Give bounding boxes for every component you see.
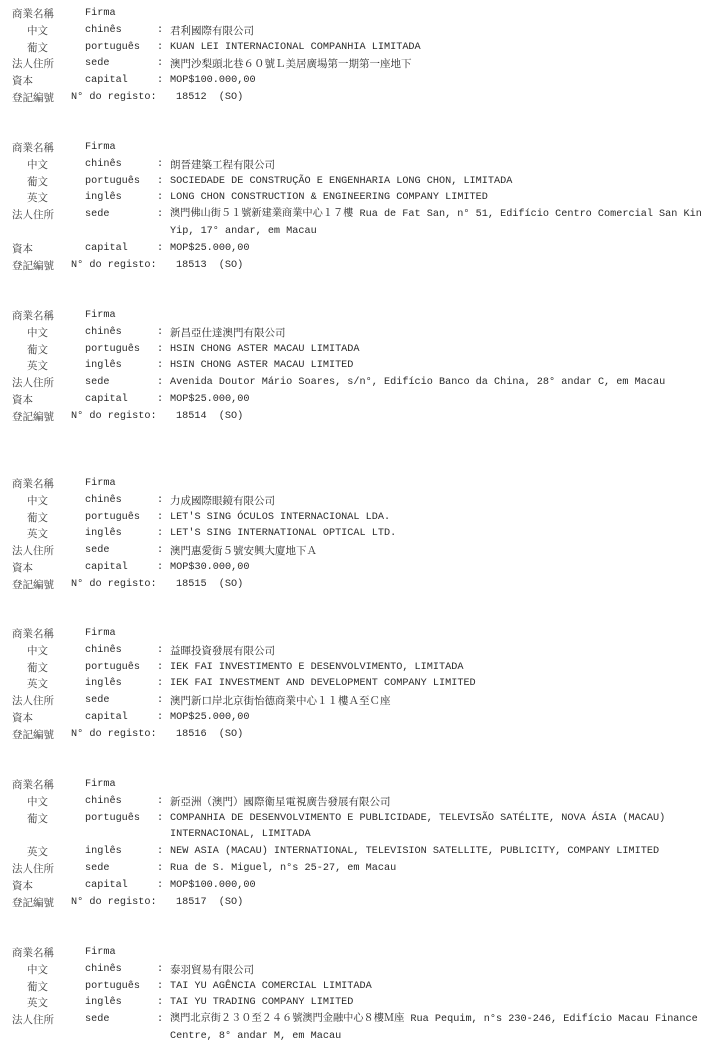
registo-label-pt: N° do registo: <box>71 577 157 594</box>
colon: : <box>157 676 163 693</box>
colon: : <box>157 40 163 57</box>
firma-row: 商業名稱 Firma <box>0 945 728 962</box>
sede-label-pt: sede <box>85 56 109 73</box>
company-name-chinese: 新亞洲（澳門）國際衛星電視廣告發展有限公司 <box>170 796 391 808</box>
firma-label-pt: Firma <box>85 777 116 794</box>
colon: : <box>157 174 163 191</box>
sede-row: 法人住所 sede : 澳門新口岸北京街怡德商業中心１１樓Ａ至Ｃ座 <box>0 693 728 710</box>
registo-label-zh: 登記編號 <box>12 258 54 275</box>
ingles-label-pt: inglês <box>85 995 122 1012</box>
colon: : <box>157 392 163 409</box>
capital-row: 資本 capital : MOP$100.000,00 <box>0 73 728 90</box>
colon: : <box>157 543 163 560</box>
portugues-row: 葡文 português : TAI YU AGÊNCIA COMERCIAL … <box>0 979 728 996</box>
firma-row: 商業名稱 Firma <box>0 6 728 23</box>
colon: : <box>157 190 163 207</box>
company-name-chinese: 君利國際有限公司 <box>170 25 254 37</box>
portugues-label-pt: português <box>85 40 140 57</box>
colon: : <box>157 962 163 979</box>
company-address: Rua de S. Miguel, n°s 25-27, em Macau <box>170 861 722 878</box>
chines-row: 中文 chinês : 新亞洲（澳門）國際衛星電視廣告發展有限公司 <box>0 794 728 811</box>
registo-row: 登記編號 N° do registo: 18513 (SO) <box>0 258 728 275</box>
company-name-chinese: 益暉投資發展有限公司 <box>170 645 275 657</box>
portugues-label-pt: português <box>85 660 140 677</box>
capital-label-zh: 資本 <box>12 73 33 90</box>
registration-number: 18515 (SO) <box>176 577 243 594</box>
registo-label-zh: 登記編號 <box>12 727 54 744</box>
chines-label-pt: chinês <box>85 325 122 342</box>
company-capital: MOP$25.000,00 <box>170 241 722 258</box>
colon: : <box>157 1012 163 1029</box>
colon: : <box>157 861 163 878</box>
portugues-label-pt: português <box>85 510 140 527</box>
sede-label-pt: sede <box>85 693 109 710</box>
colon: : <box>157 811 163 828</box>
portugues-row: 葡文 português : SOCIEDADE DE CONSTRUÇÃO E… <box>0 174 728 191</box>
capital-label-zh: 資本 <box>12 878 33 895</box>
chines-label-zh: 中文 <box>27 794 48 811</box>
company-address: 澳門新口岸北京街怡德商業中心１１樓Ａ至Ｃ座 <box>170 695 391 707</box>
capital-label-pt: capital <box>85 73 128 90</box>
company-name-portuguese: LET'S SING ÓCULOS INTERNACIONAL LDA. <box>170 510 722 527</box>
colon: : <box>157 560 163 577</box>
registo-row: 登記編號 N° do registo: 18512 (SO) <box>0 90 728 107</box>
chines-label-zh: 中文 <box>27 157 48 174</box>
registry-page: 商業名稱 Firma 中文 chinês : 君利國際有限公司 葡文 portu… <box>0 0 728 1052</box>
portugues-row: 葡文 português : HSIN CHONG ASTER MACAU LI… <box>0 342 728 359</box>
ingles-label-zh: 英文 <box>27 190 48 207</box>
registration-number: 18513 (SO) <box>176 258 243 275</box>
chines-label-zh: 中文 <box>27 643 48 660</box>
company-capital: MOP$25.000,00 <box>170 392 722 409</box>
company-address: 澳門沙梨頭北巷６０號Ｌ美居廣場第一期第一座地下 <box>170 58 412 70</box>
company-capital: MOP$30.000,00 <box>170 560 722 577</box>
portugues-row: 葡文 português : KUAN LEI INTERNACIONAL CO… <box>0 40 728 57</box>
registo-row: 登記編號 N° do registo: 18516 (SO) <box>0 727 728 744</box>
company-name-portuguese: COMPANHIA DE DESENVOLVIMENTO E PUBLICIDA… <box>170 811 722 845</box>
ingles-label-pt: inglês <box>85 526 122 543</box>
sede-label-pt: sede <box>85 207 109 224</box>
chines-label-pt: chinês <box>85 493 122 510</box>
sede-label-zh: 法人住所 <box>12 543 54 560</box>
company-name-chinese: 朗晉建築工程有限公司 <box>170 159 275 171</box>
ingles-label-pt: inglês <box>85 844 122 861</box>
capital-label-pt: capital <box>85 560 128 577</box>
firma-row: 商業名稱 Firma <box>0 626 728 643</box>
ingles-label-pt: inglês <box>85 358 122 375</box>
colon: : <box>157 693 163 710</box>
company-address: Avenida Doutor Mário Soares, s/n°, Edifí… <box>170 375 722 392</box>
colon: : <box>157 342 163 359</box>
firma-label-zh: 商業名稱 <box>12 308 54 325</box>
chines-label-zh: 中文 <box>27 325 48 342</box>
chines-row: 中文 chinês : 力成國際眼鏡有限公司 <box>0 493 728 510</box>
colon: : <box>157 73 163 90</box>
company-name-portuguese: HSIN CHONG ASTER MACAU LIMITADA <box>170 342 722 359</box>
portugues-label-zh: 葡文 <box>27 342 48 359</box>
registo-label-pt: N° do registo: <box>71 727 157 744</box>
colon: : <box>157 794 163 811</box>
company-entry-18514: 商業名稱 Firma 中文 chinês : 新昌亞仕達澳門有限公司 葡文 po… <box>0 308 728 426</box>
portugues-label-zh: 葡文 <box>27 40 48 57</box>
chines-row: 中文 chinês : 君利國際有限公司 <box>0 23 728 40</box>
colon: : <box>157 375 163 392</box>
capital-label-pt: capital <box>85 878 128 895</box>
ingles-row: 英文 inglês : LONG CHON CONSTRUCTION & ENG… <box>0 190 728 207</box>
capital-row: 資本 capital : MOP$100.000,00 <box>0 878 728 895</box>
sede-row: 法人住所 sede : 澳門惠愛街５號安興大廈地下Ａ <box>0 543 728 560</box>
ingles-label-zh: 英文 <box>27 995 48 1012</box>
company-entry-18516: 商業名稱 Firma 中文 chinês : 益暉投資發展有限公司 葡文 por… <box>0 626 728 744</box>
firma-row: 商業名稱 Firma <box>0 308 728 325</box>
chines-label-zh: 中文 <box>27 493 48 510</box>
colon: : <box>157 325 163 342</box>
company-entry-18517: 商業名稱 Firma 中文 chinês : 新亞洲（澳門）國際衛星電視廣告發展… <box>0 777 728 911</box>
ingles-row: 英文 inglês : IEK FAI INVESTMENT AND DEVEL… <box>0 676 728 693</box>
firma-label-pt: Firma <box>85 626 116 643</box>
firma-row: 商業名稱 Firma <box>0 777 728 794</box>
portugues-row: 葡文 português : IEK FAI INVESTIMENTO E DE… <box>0 660 728 677</box>
colon: : <box>157 643 163 660</box>
capital-row: 資本 capital : MOP$25.000,00 <box>0 710 728 727</box>
registration-number: 18517 (SO) <box>176 895 243 912</box>
firma-label-pt: Firma <box>85 6 116 23</box>
company-name-english: NEW ASIA (MACAU) INTERNATIONAL, TELEVISI… <box>170 844 722 861</box>
company-name-english: HSIN CHONG ASTER MACAU LIMITED <box>170 358 722 375</box>
portugues-row: 葡文 português : COMPANHIA DE DESENVOLVIME… <box>0 811 728 845</box>
colon: : <box>157 207 163 224</box>
registration-number: 18514 (SO) <box>176 409 243 426</box>
company-entry-18515: 商業名稱 Firma 中文 chinês : 力成國際眼鏡有限公司 葡文 por… <box>0 476 728 594</box>
company-name-portuguese: KUAN LEI INTERNACIONAL COMPANHIA LIMITAD… <box>170 40 722 57</box>
company-name-english: LET'S SING INTERNATIONAL OPTICAL LTD. <box>170 526 722 543</box>
colon: : <box>157 241 163 258</box>
ingles-label-zh: 英文 <box>27 844 48 861</box>
colon: : <box>157 358 163 375</box>
company-name-portuguese: IEK FAI INVESTIMENTO E DESENVOLVIMENTO, … <box>170 660 722 677</box>
sede-label-zh: 法人住所 <box>12 207 54 224</box>
capital-row: 資本 capital : MOP$25.000,00 <box>0 392 728 409</box>
portugues-label-pt: português <box>85 979 140 996</box>
company-entry-18512: 商業名稱 Firma 中文 chinês : 君利國際有限公司 葡文 portu… <box>0 6 728 107</box>
registo-label-zh: 登記編號 <box>12 895 54 912</box>
company-capital: MOP$100.000,00 <box>170 73 722 90</box>
firma-label-pt: Firma <box>85 140 116 157</box>
company-address: 澳門惠愛街５號安興大廈地下Ａ <box>170 545 317 557</box>
ingles-row: 英文 inglês : HSIN CHONG ASTER MACAU LIMIT… <box>0 358 728 375</box>
colon: : <box>157 995 163 1012</box>
company-name-chinese: 新昌亞仕達澳門有限公司 <box>170 327 286 339</box>
ingles-row: 英文 inglês : NEW ASIA (MACAU) INTERNATION… <box>0 844 728 861</box>
company-name-portuguese: TAI YU AGÊNCIA COMERCIAL LIMITADA <box>170 979 722 996</box>
capital-label-pt: capital <box>85 241 128 258</box>
capital-label-zh: 資本 <box>12 392 33 409</box>
firma-label-pt: Firma <box>85 308 116 325</box>
colon: : <box>157 157 163 174</box>
portugues-label-zh: 葡文 <box>27 174 48 191</box>
sede-label-zh: 法人住所 <box>12 861 54 878</box>
firma-label-zh: 商業名稱 <box>12 945 54 962</box>
company-name-english: TAI YU TRADING COMPANY LIMITED <box>170 995 722 1012</box>
sede-row: 法人住所 sede : 澳門北京街２３０至２４６號澳門金融中心８樓Ｍ座 Rua … <box>0 1012 728 1046</box>
company-capital: MOP$25.000,00 <box>170 710 722 727</box>
firma-row: 商業名稱 Firma <box>0 140 728 157</box>
registo-label-zh: 登記編號 <box>12 577 54 594</box>
ingles-label-pt: inglês <box>85 190 122 207</box>
portugues-label-pt: português <box>85 342 140 359</box>
registo-label-zh: 登記編號 <box>12 90 54 107</box>
firma-label-zh: 商業名稱 <box>12 6 54 23</box>
sede-row: 法人住所 sede : 澳門沙梨頭北巷６０號Ｌ美居廣場第一期第一座地下 <box>0 56 728 73</box>
capital-row: 資本 capital : MOP$30.000,00 <box>0 560 728 577</box>
registration-number: 18516 (SO) <box>176 727 243 744</box>
sede-label-zh: 法人住所 <box>12 375 54 392</box>
registo-label-pt: N° do registo: <box>71 895 157 912</box>
capital-label-pt: capital <box>85 392 128 409</box>
colon: : <box>157 710 163 727</box>
sede-label-pt: sede <box>85 375 109 392</box>
chines-label-pt: chinês <box>85 962 122 979</box>
capital-label-pt: capital <box>85 710 128 727</box>
sede-label-pt: sede <box>85 1012 109 1029</box>
colon: : <box>157 493 163 510</box>
colon: : <box>157 878 163 895</box>
firma-row: 商業名稱 Firma <box>0 476 728 493</box>
colon: : <box>157 510 163 527</box>
sede-label-pt: sede <box>85 861 109 878</box>
colon: : <box>157 56 163 73</box>
sede-label-zh: 法人住所 <box>12 1012 54 1029</box>
chines-label-zh: 中文 <box>27 23 48 40</box>
sede-row: 法人住所 sede : Rua de S. Miguel, n°s 25-27,… <box>0 861 728 878</box>
chines-label-pt: chinês <box>85 157 122 174</box>
colon: : <box>157 660 163 677</box>
capital-label-zh: 資本 <box>12 710 33 727</box>
portugues-label-zh: 葡文 <box>27 510 48 527</box>
company-name-portuguese: SOCIEDADE DE CONSTRUÇÃO E ENGENHARIA LON… <box>170 174 722 191</box>
capital-label-zh: 資本 <box>12 560 33 577</box>
chines-row: 中文 chinês : 益暉投資發展有限公司 <box>0 643 728 660</box>
colon: : <box>157 526 163 543</box>
colon: : <box>157 979 163 996</box>
registo-row: 登記編號 N° do registo: 18514 (SO) <box>0 409 728 426</box>
capital-row: 資本 capital : MOP$25.000,00 <box>0 241 728 258</box>
chines-label-pt: chinês <box>85 23 122 40</box>
portugues-row: 葡文 português : LET'S SING ÓCULOS INTERNA… <box>0 510 728 527</box>
registo-label-pt: N° do registo: <box>71 90 157 107</box>
company-entry-18513: 商業名稱 Firma 中文 chinês : 朗晉建築工程有限公司 葡文 por… <box>0 140 728 274</box>
firma-label-pt: Firma <box>85 476 116 493</box>
portugues-label-pt: português <box>85 811 140 828</box>
registration-number: 18512 (SO) <box>176 90 243 107</box>
registo-label-pt: N° do registo: <box>71 409 157 426</box>
sede-row: 法人住所 sede : 澳門佛山街５１號新建業商業中心１７樓 Rua de Fa… <box>0 207 728 241</box>
sede-label-zh: 法人住所 <box>12 56 54 73</box>
sede-label-zh: 法人住所 <box>12 693 54 710</box>
chines-row: 中文 chinês : 泰羽貿易有限公司 <box>0 962 728 979</box>
registo-row: 登記編號 N° do registo: 18515 (SO) <box>0 577 728 594</box>
ingles-label-pt: inglês <box>85 676 122 693</box>
registo-label-zh: 登記編號 <box>12 409 54 426</box>
chines-row: 中文 chinês : 朗晉建築工程有限公司 <box>0 157 728 174</box>
ingles-label-zh: 英文 <box>27 526 48 543</box>
ingles-label-zh: 英文 <box>27 676 48 693</box>
ingles-row: 英文 inglês : TAI YU TRADING COMPANY LIMIT… <box>0 995 728 1012</box>
portugues-label-zh: 葡文 <box>27 811 48 828</box>
portugues-label-pt: português <box>85 174 140 191</box>
firma-label-zh: 商業名稱 <box>12 140 54 157</box>
registo-row: 登記編號 N° do registo: 18517 (SO) <box>0 895 728 912</box>
firma-label-zh: 商業名稱 <box>12 777 54 794</box>
company-name-chinese: 泰羽貿易有限公司 <box>170 964 254 976</box>
registo-label-pt: N° do registo: <box>71 258 157 275</box>
capital-label-zh: 資本 <box>12 241 33 258</box>
company-name-chinese: 力成國際眼鏡有限公司 <box>170 495 275 507</box>
colon: : <box>157 23 163 40</box>
sede-label-pt: sede <box>85 543 109 560</box>
portugues-label-zh: 葡文 <box>27 660 48 677</box>
company-address: 澳門北京街２３０至２４６號澳門金融中心８樓Ｍ座 Rua Pequim, n°s … <box>170 1012 722 1046</box>
company-name-english: IEK FAI INVESTMENT AND DEVELOPMENT COMPA… <box>170 676 722 693</box>
company-name-english: LONG CHON CONSTRUCTION & ENGINEERING COM… <box>170 190 722 207</box>
firma-label-zh: 商業名稱 <box>12 476 54 493</box>
portugues-label-zh: 葡文 <box>27 979 48 996</box>
company-entry-tai-yu: 商業名稱 Firma 中文 chinês : 泰羽貿易有限公司 葡文 portu… <box>0 945 728 1046</box>
chines-row: 中文 chinês : 新昌亞仕達澳門有限公司 <box>0 325 728 342</box>
chines-label-pt: chinês <box>85 643 122 660</box>
company-capital: MOP$100.000,00 <box>170 878 722 895</box>
firma-label-pt: Firma <box>85 945 116 962</box>
sede-row: 法人住所 sede : Avenida Doutor Mário Soares,… <box>0 375 728 392</box>
company-address: 澳門佛山街５１號新建業商業中心１７樓 Rua de Fat San, n° 51… <box>170 207 722 241</box>
ingles-row: 英文 inglês : LET'S SING INTERNATIONAL OPT… <box>0 526 728 543</box>
firma-label-zh: 商業名稱 <box>12 626 54 643</box>
colon: : <box>157 844 163 861</box>
ingles-label-zh: 英文 <box>27 358 48 375</box>
chines-label-zh: 中文 <box>27 962 48 979</box>
chines-label-pt: chinês <box>85 794 122 811</box>
